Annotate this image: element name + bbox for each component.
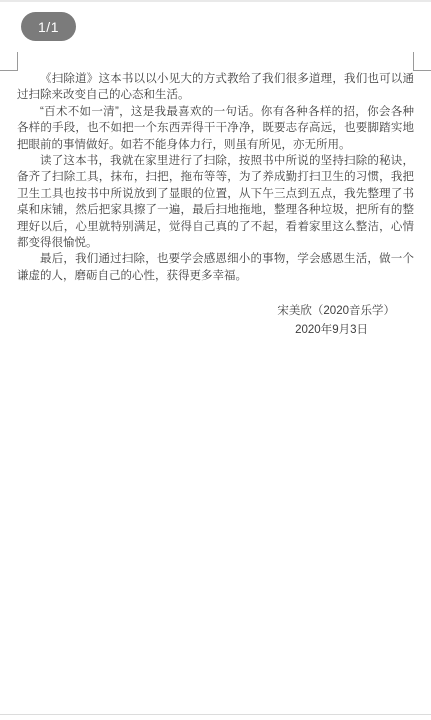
bottom-divider: [0, 714, 431, 715]
paragraph-1: 《扫除道》这本书以以小见大的方式教给了我们很多道理，我们也可以通过扫除来改变自己…: [17, 71, 414, 104]
signature-name: 宋美欣（2020音乐学）: [17, 302, 414, 321]
paragraph-4: 最后，我们通过扫除，也要学会感恩细小的事物，学会感恩生活，做一个谦虚的人，磨砺自…: [17, 251, 414, 284]
document-viewer: 1/1 《扫除道》这本书以以小见大的方式教给了我们很多道理，我们也可以通过扫除来…: [0, 0, 431, 720]
signature-block: 宋美欣（2020音乐学） 2020年9月3日: [17, 302, 414, 340]
paragraph-3: 读了这本书，我就在家里进行了扫除，按照书中所说的坚持扫除的秘诀，备齐了扫除工具，…: [17, 153, 414, 251]
signature-date: 2020年9月3日: [17, 321, 414, 340]
page-indicator-label: 1/1: [38, 19, 59, 35]
text-boundary-mark-top-right: [413, 52, 431, 71]
page-indicator-badge: 1/1: [21, 12, 76, 41]
document-page: 《扫除道》这本书以以小见大的方式教给了我们很多道理，我们也可以通过扫除来改变自己…: [17, 71, 414, 340]
paragraph-2: “百术不如一清”，这是我最喜欢的一句话。你有各种各样的招，你会各种各样的手段，也…: [17, 104, 414, 153]
text-boundary-mark-top-left: [0, 52, 18, 71]
